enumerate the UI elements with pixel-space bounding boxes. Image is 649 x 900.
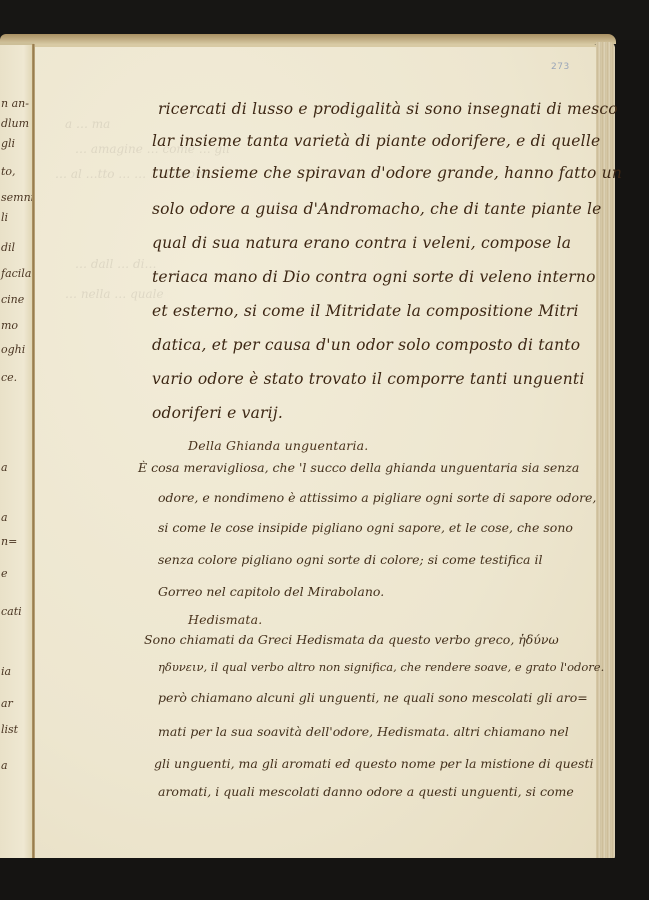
text-line: tutte insieme che spiravan d'odore grand…: [152, 164, 622, 182]
margin-fragment: dlum: [1, 117, 29, 130]
margin-fragment: gli: [1, 137, 15, 150]
margin-fragment: ar: [1, 697, 13, 710]
text-line: È cosa meravigliosa, che 'l succo della …: [138, 460, 579, 475]
folio-number: 273: [551, 62, 570, 72]
margin-fragment: facila: [1, 267, 31, 280]
section-heading: Hedismata.: [188, 612, 262, 627]
margin-fragment: semni: [1, 191, 34, 204]
margin-fragment: oghi: [1, 343, 25, 356]
margin-fragment: ce.: [1, 371, 17, 384]
text-line: teriaca mano di Dio contra ogni sorte di…: [152, 268, 596, 286]
left-page: n an- dlum gli to, semni li dil facila c…: [0, 42, 34, 863]
text-line: mati per la sua soavità dell'odore, Hedi…: [158, 724, 569, 739]
margin-fragment: cati: [1, 605, 22, 618]
margin-fragment: list: [1, 723, 18, 736]
book-top-edge: [0, 34, 616, 44]
margin-fragment: a: [1, 461, 8, 474]
margin-fragment: a: [1, 511, 8, 524]
margin-fragment: dil: [1, 241, 15, 254]
text-line: gli unguenti, ma gli aromati ed questo n…: [154, 756, 593, 771]
text-line: lar insieme tanta varietà di piante odor…: [152, 132, 600, 150]
text-line: odore, e nondimeno è attissimo a pigliar…: [158, 490, 596, 505]
margin-fragment: mo: [1, 319, 18, 332]
margin-fragment: cine: [1, 293, 24, 306]
text-line: però chiamano alcuni gli unguenti, ne qu…: [158, 690, 588, 705]
text-line: et esterno, si come il Mitridate la comp…: [152, 302, 579, 320]
text-line: ricercati di lusso e prodigalità si sono…: [158, 100, 618, 118]
text-line: odoriferi e varij.: [152, 404, 283, 422]
text-line: si come le cose insipide pigliano ogni s…: [158, 520, 573, 535]
margin-fragment: n an-: [1, 97, 29, 110]
text-line: Gorreo nel capitolo del Mirabolano.: [158, 584, 384, 599]
text-line: qual di sua natura erano contra i veleni…: [152, 234, 571, 252]
text-line: aromati, i quali mescolati danno odore a…: [158, 784, 574, 799]
scan-background-bottom: [0, 858, 649, 900]
text-line: ηδυνειν, il qual verbo altro non signifi…: [158, 660, 604, 674]
margin-fragment: to,: [1, 165, 16, 178]
margin-fragment: e: [1, 567, 8, 580]
text-line: Sono chiamati da Greci Hedismata da ques…: [144, 632, 559, 647]
text-line: vario odore è stato trovato il comporre …: [152, 370, 585, 388]
text-line: solo odore a guisa d'Andromacho, che di …: [152, 200, 601, 218]
text-line: senza colore pigliano ogni sorte di colo…: [158, 552, 542, 567]
margin-fragment: n=: [1, 535, 17, 548]
margin-fragment: a: [1, 759, 8, 772]
section-heading: Della Ghianda unguentaria.: [188, 438, 368, 453]
margin-fragment: ia: [1, 665, 11, 678]
text-line: datica, et per causa d'un odor solo comp…: [152, 336, 580, 354]
margin-fragment: li: [1, 211, 8, 224]
manuscript-scan: n an- dlum gli to, semni li dil facila c…: [0, 0, 649, 900]
